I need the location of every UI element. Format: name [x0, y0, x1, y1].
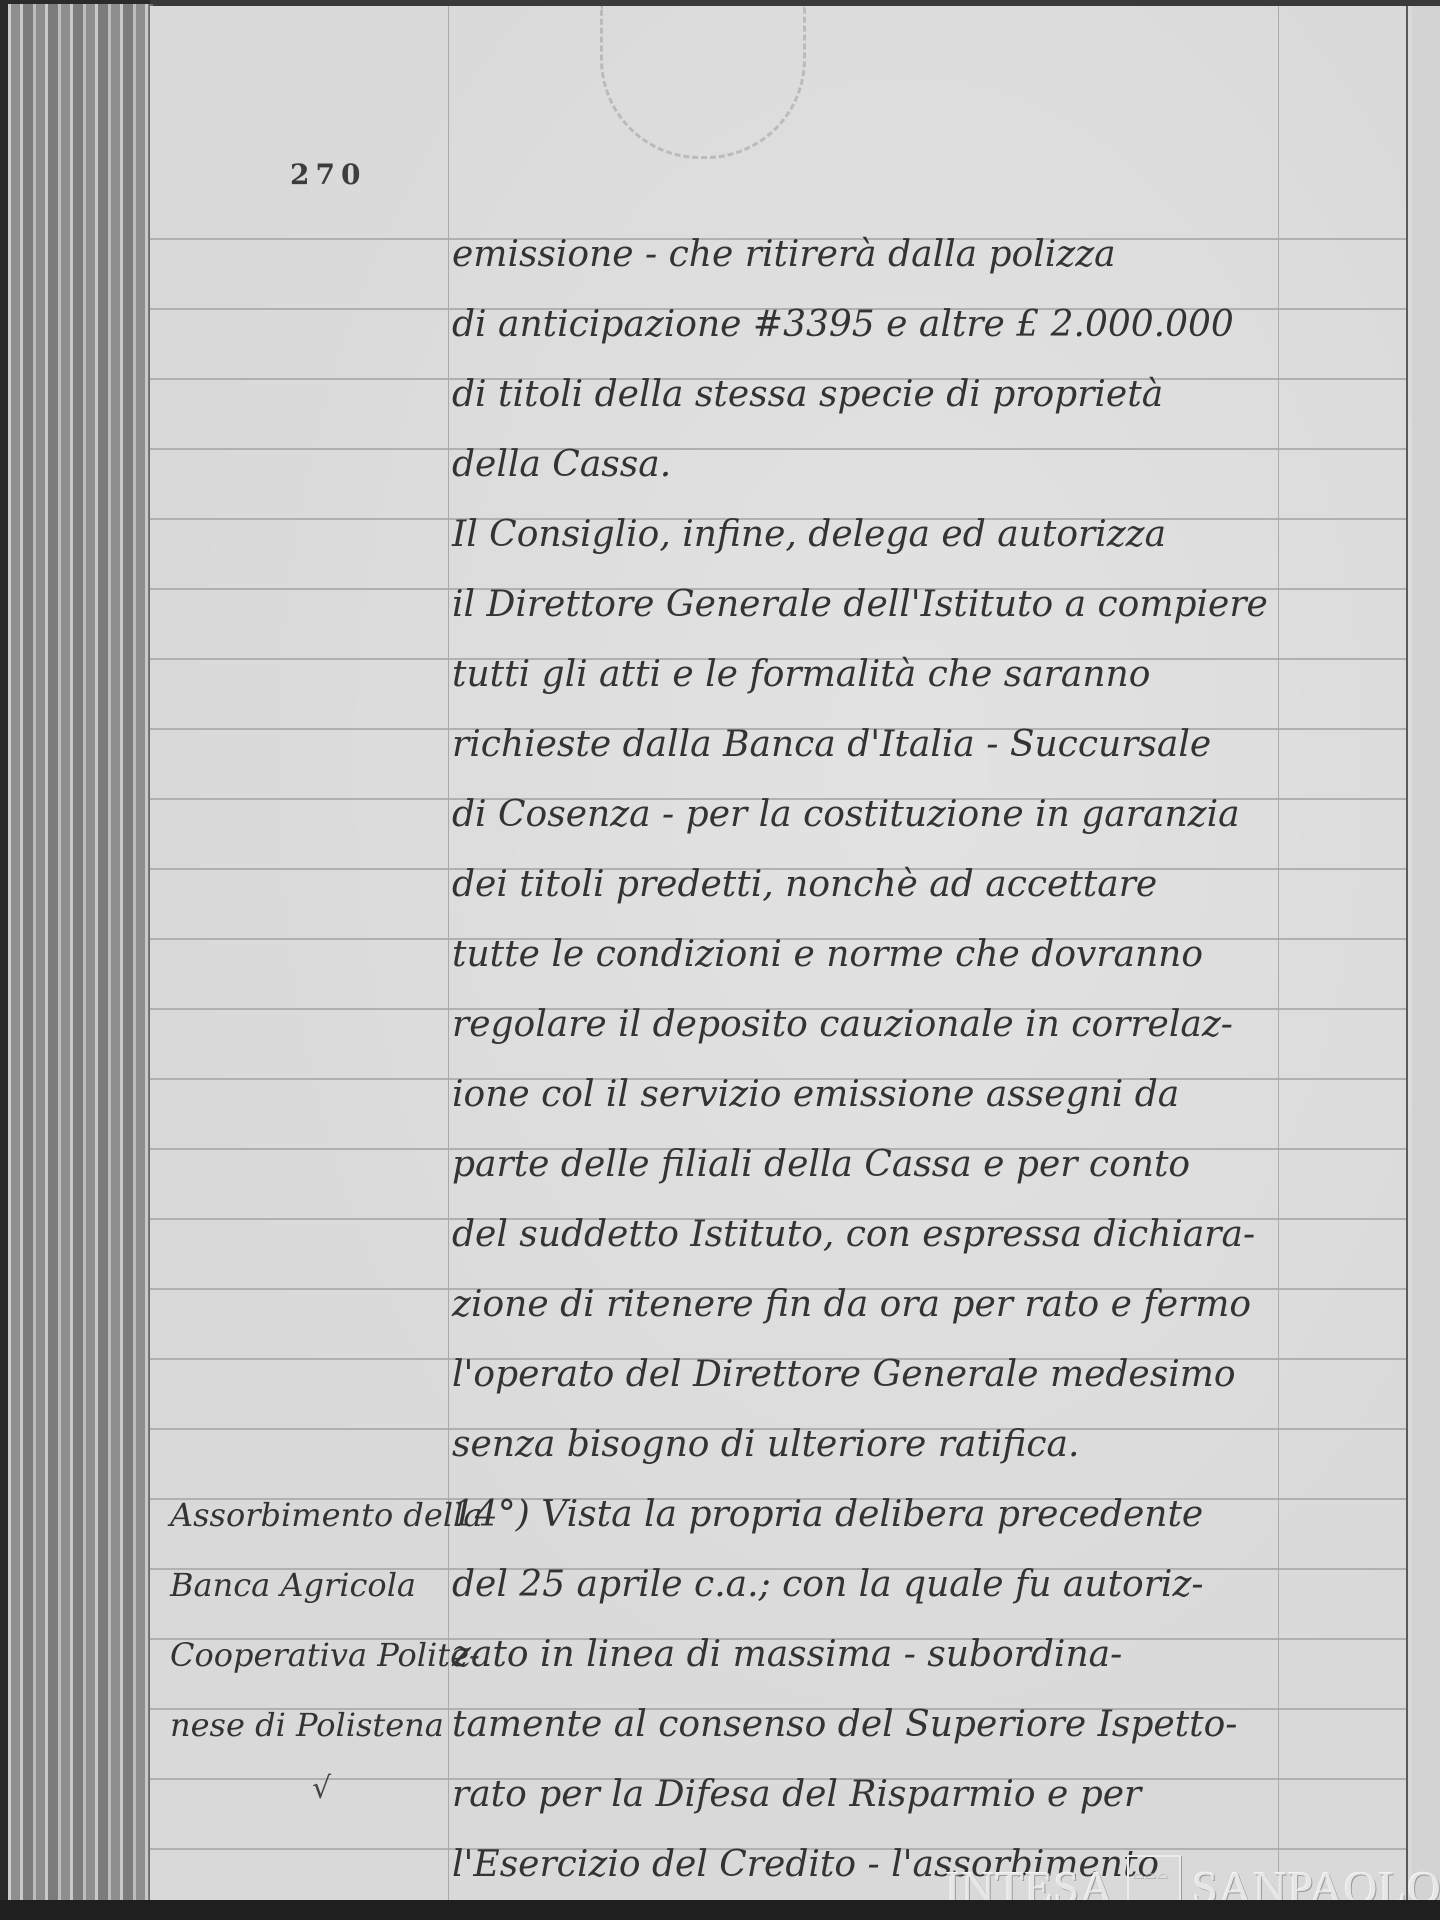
text-line: il Direttore Generale dell'Istituto a co… — [452, 584, 1282, 625]
text-line: tamente al consenso del Superiore Ispett… — [452, 1704, 1282, 1745]
page-number: 270 — [290, 158, 366, 191]
text-line: del 25 aprile c.a.; con la quale fu auto… — [452, 1564, 1282, 1605]
text-line: 14°) Vista la propria delibera precedent… — [452, 1494, 1282, 1535]
text-line: Il Consiglio, infine, delega ed autorizz… — [452, 514, 1282, 555]
check-mark-icon: √ — [312, 1771, 331, 1806]
next-page-edge — [1412, 6, 1440, 1902]
text-line: senza bisogno di ulteriore ratifica. — [452, 1424, 1282, 1465]
margin-note-line: Cooperativa Polite- — [170, 1636, 450, 1674]
ledger-page-edges — [8, 4, 153, 1904]
text-line: rato per la Difesa del Risparmio e per — [452, 1774, 1282, 1815]
text-line: della Cassa. — [452, 444, 1282, 485]
text-line: zione di ritenere fin da ora per rato e … — [452, 1284, 1282, 1325]
text-line: richieste dalla Banca d'Italia - Succurs… — [452, 724, 1282, 765]
margin-note-line: Assorbimento della — [170, 1496, 450, 1534]
text-line: emissione - che ritirerà dalla polizza — [452, 234, 1282, 275]
text-line: tutti gli atti e le formalità che sarann… — [452, 654, 1282, 695]
text-line: di titoli della stessa specie di proprie… — [452, 374, 1282, 415]
margin-note-line: nese di Polistena — [170, 1706, 450, 1744]
ledger-page: 270 emissione - che ritirerà dalla poliz… — [150, 6, 1412, 1902]
text-line: di anticipazione #3395 e altre £ 2.000.0… — [452, 304, 1282, 345]
bottom-shadow — [0, 1900, 1440, 1920]
faint-stamp — [600, 6, 806, 159]
text-line: parte delle filiali della Cassa e per co… — [452, 1144, 1282, 1185]
margin-note-line: Banca Agricola — [170, 1566, 450, 1604]
left-margin-rule — [448, 6, 449, 1902]
text-line: del suddetto Istituto, con espressa dich… — [452, 1214, 1282, 1255]
text-line: di Cosenza - per la costituzione in gara… — [452, 794, 1282, 835]
text-line: l'operato del Direttore Generale medesim… — [452, 1354, 1282, 1395]
text-line: regolare il deposito cauzionale in corre… — [452, 1004, 1282, 1045]
text-line: zato in linea di massima - subordina- — [452, 1634, 1282, 1675]
page-right-edge — [1406, 6, 1408, 1902]
text-line: ione col il servizio emissione assegni d… — [452, 1074, 1282, 1115]
text-line: tutte le condizioni e norme che dovranno — [452, 934, 1282, 975]
text-line: dei titoli predetti, nonchè ad accettare — [452, 864, 1282, 905]
